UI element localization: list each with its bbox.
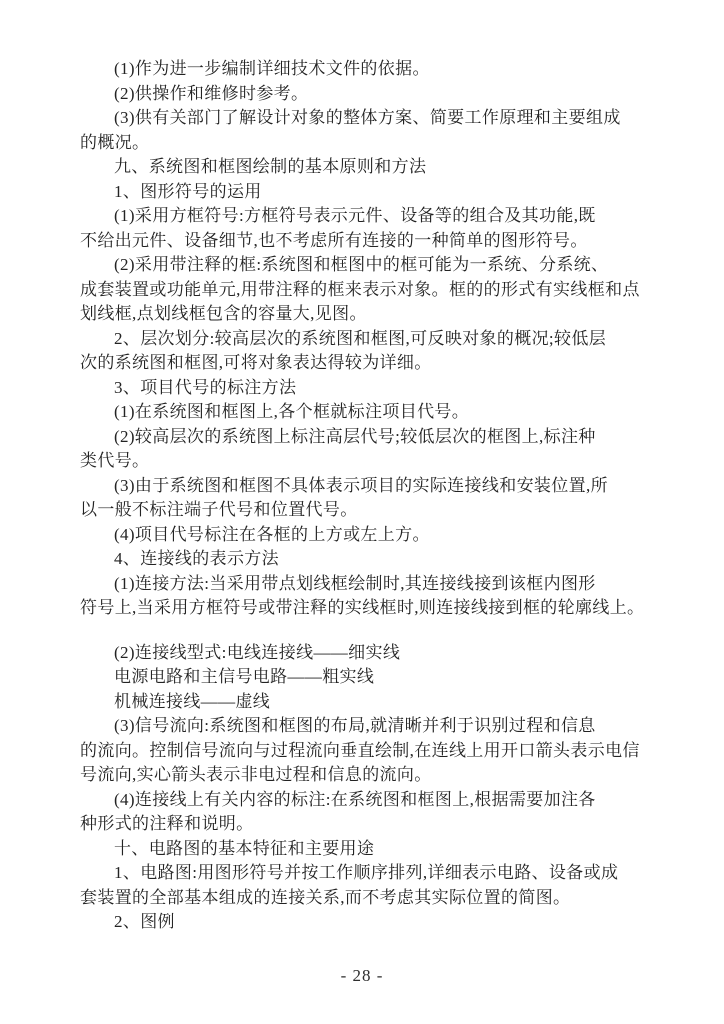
document-line: (1)在系统图和框图上,各个框就标注项目代号。 <box>80 400 670 425</box>
document-line: 不给出元件、设备细节,也不考虑所有连接的一种简单的图形符号。 <box>80 229 670 254</box>
document-line: (2)连接线型式:电线连接线——细实线 <box>80 641 670 666</box>
document-line: 的概况。 <box>80 131 670 156</box>
document-line: 号流向,实心箭头表示非电过程和信息的流向。 <box>80 763 670 788</box>
document-line: 2、图例 <box>80 910 670 935</box>
document-line: (4)连接线上有关内容的标注:在系统图和框图上,根据需要加注各 <box>80 788 670 813</box>
document-line: 4、连接线的表示方法 <box>80 547 670 572</box>
document-line: (1)连接方法:当采用带点划线框绘制时,其连接线接到该框内图形 <box>80 572 670 597</box>
document-line: 2、层次划分:较高层次的系统图和框图,可反映对象的概况;较低层 <box>80 327 670 352</box>
document-line: 3、项目代号的标注方法 <box>80 376 670 401</box>
document-line: 电源电路和主信号电路——粗实线 <box>80 665 670 690</box>
document-line: (3)供有关部门了解设计对象的整体方案、简要工作原理和主要组成 <box>80 106 670 131</box>
page-number: - 28 - <box>341 966 384 985</box>
document-line: (2)较高层次的系统图上标注高层代号;较低层次的框图上,标注种 <box>80 425 670 450</box>
document-line: (2)采用带注释的框:系统图和框图中的框可能为一系统、分系统、 <box>80 253 670 278</box>
document-line: 机械连接线——虚线 <box>80 690 670 715</box>
document-line: (2)供操作和维修时参考。 <box>80 82 670 107</box>
document-line: 以一般不标注端子代号和位置代号。 <box>80 498 670 523</box>
document-line: 套装置的全部基本组成的连接关系,而不考虑其实际位置的简图。 <box>80 886 670 911</box>
document-line: (4)项目代号标注在各框的上方或左上方。 <box>80 523 670 548</box>
document-line: 九、系统图和框图绘制的基本原则和方法 <box>80 155 670 180</box>
document-line: (3)由于系统图和框图不具体表示项目的实际连接线和安装位置,所 <box>80 474 670 499</box>
document-line: (3)信号流向:系统图和框图的布局,就清晰并利于识别过程和信息 <box>80 714 670 739</box>
document-line: 种形式的注释和说明。 <box>80 812 670 837</box>
document-line: (1)作为进一步编制详细技术文件的依据。 <box>80 57 670 82</box>
blank-line <box>80 621 670 641</box>
page-footer: - 28 - <box>0 966 724 986</box>
document-line: 划线框,点划线框包含的容量大,见图。 <box>80 302 670 327</box>
document-line: 十、电路图的基本特征和主要用途 <box>80 837 670 862</box>
document-line: 1、图形符号的运用 <box>80 180 670 205</box>
document-line: (1)采用方框符号:方框符号表示元件、设备等的组合及其功能,既 <box>80 204 670 229</box>
document-line: 1、电路图:用图形符号并按工作顺序排列,详细表示电路、设备或成 <box>80 861 670 886</box>
document-line: 类代号。 <box>80 449 670 474</box>
document-line: 次的系统图和框图,可将对象表达得较为详细。 <box>80 351 670 376</box>
document-line: 的流向。控制信号流向与过程流向垂直绘制,在连线上用开口箭头表示电信 <box>80 739 670 764</box>
document-page: (1)作为进一步编制详细技术文件的依据。(2)供操作和维修时参考。(3)供有关部… <box>0 0 724 1024</box>
document-line: 符号上,当采用方框符号或带注释的实线框时,则连接线接到框的轮廓线上。 <box>80 596 670 621</box>
text-content: (1)作为进一步编制详细技术文件的依据。(2)供操作和维修时参考。(3)供有关部… <box>80 57 670 935</box>
document-line: 成套装置或功能单元,用带注释的框来表示对象。框的的形式有实线框和点 <box>80 278 670 303</box>
